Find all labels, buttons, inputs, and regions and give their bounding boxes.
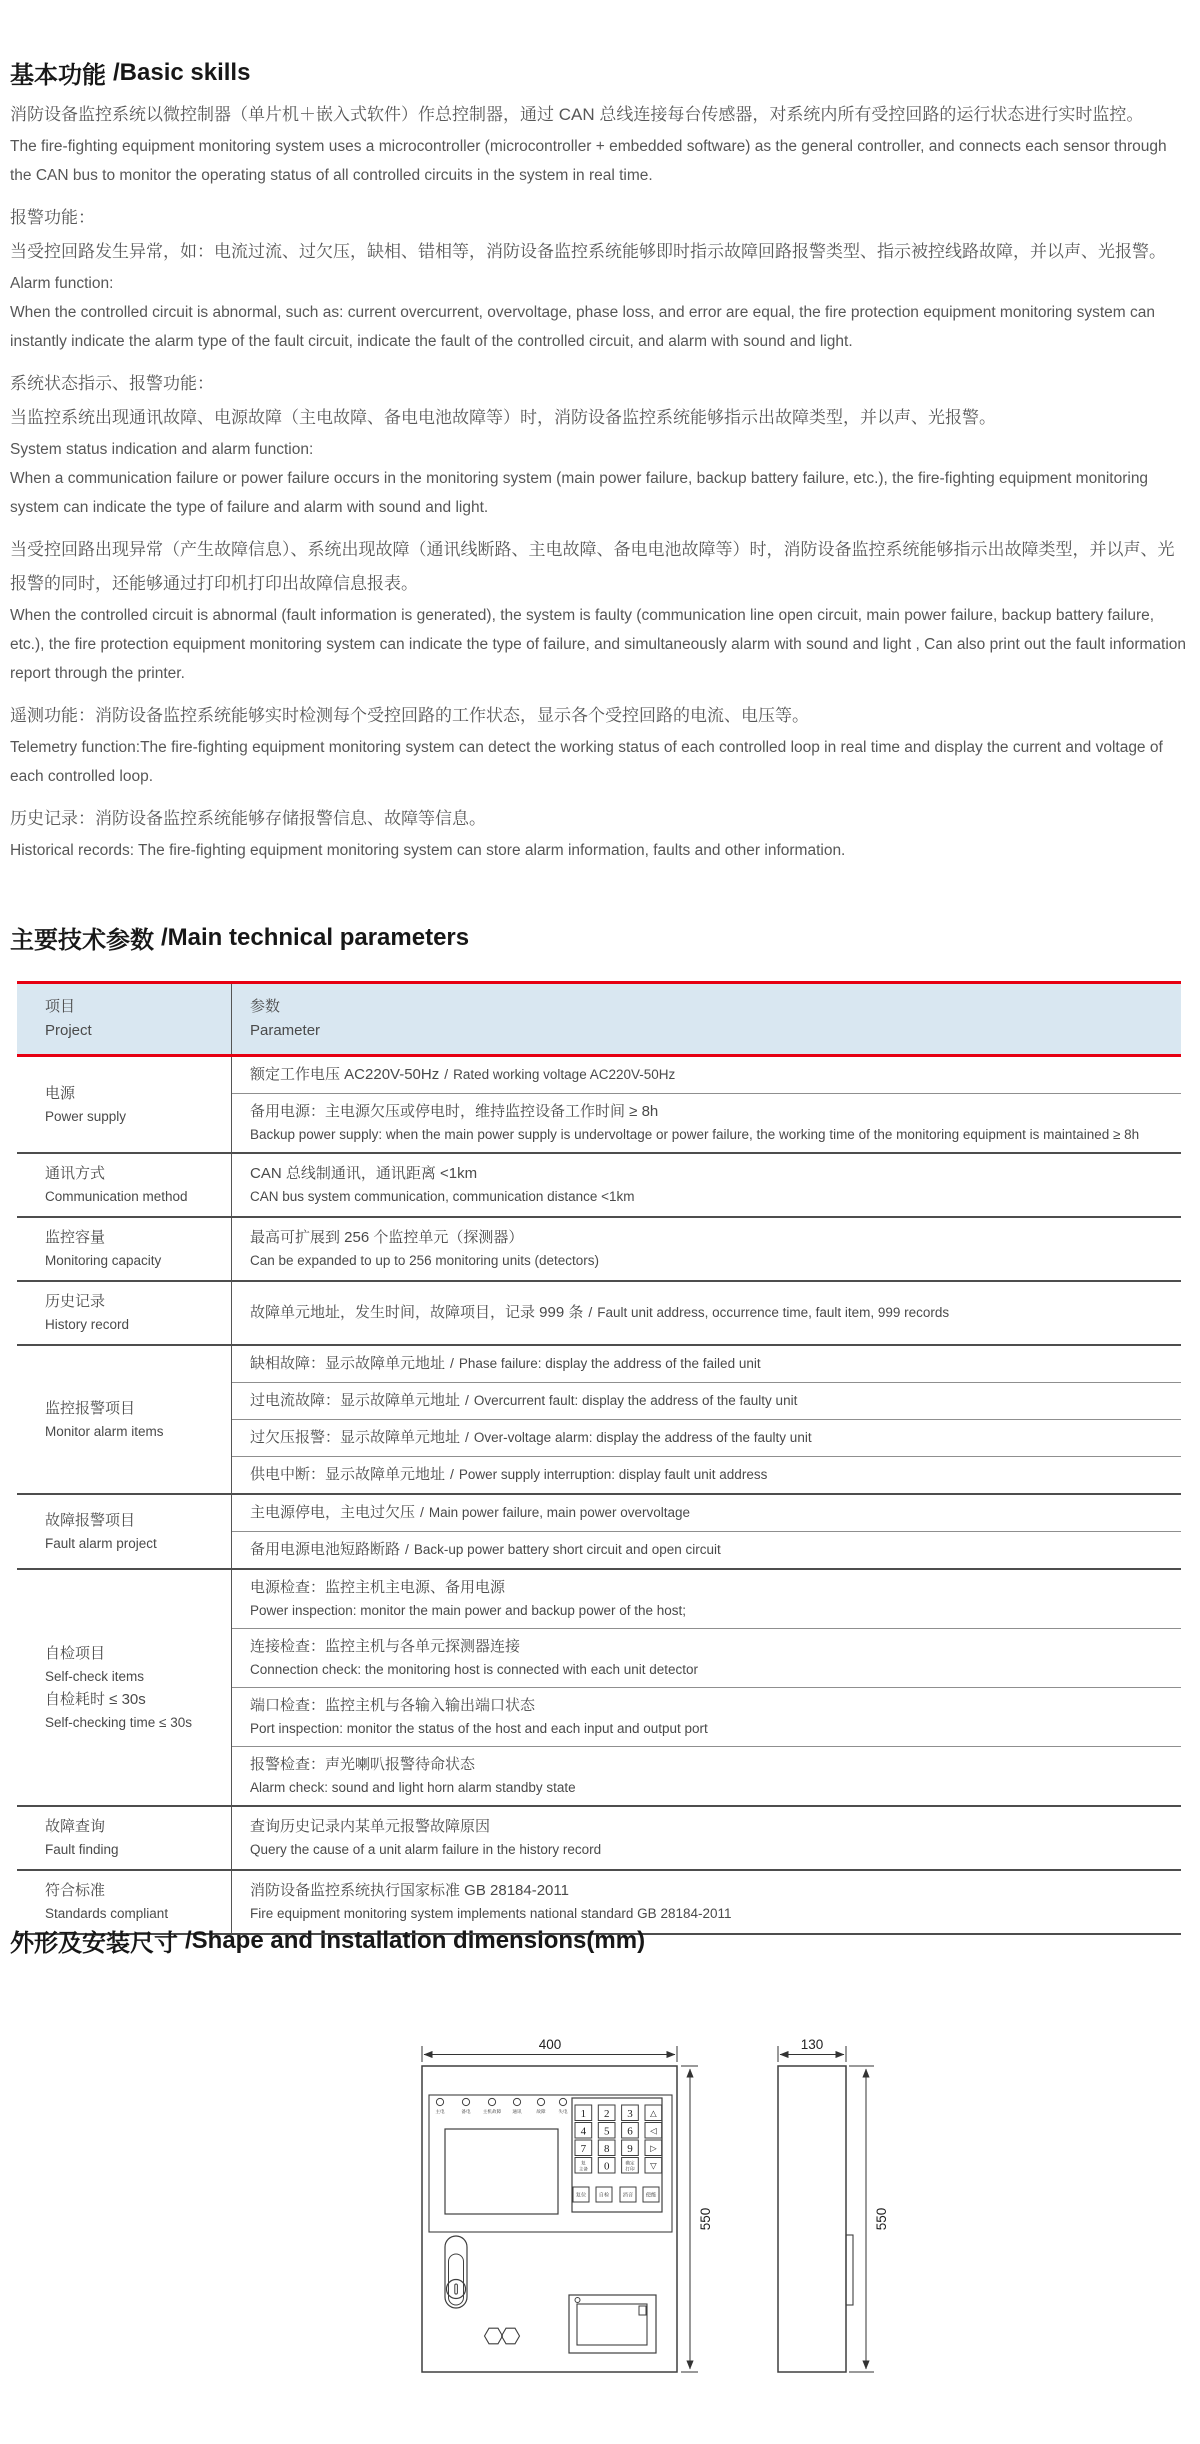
- dimension-label-front-height: 550: [698, 2208, 713, 2231]
- parameter-cell: 报警检查：声光喇叭报警待命状态 Alarm check: sound and l…: [232, 1746, 1181, 1805]
- dimension-label-side-width: 130: [801, 2037, 824, 2052]
- paragraph-en: Historical records: The fire-fighting eq…: [10, 836, 1190, 865]
- paragraph-cn: 历史记录：消防设备监控系统能够存储报警信息、故障等信息。: [10, 802, 1190, 836]
- dimension-label-front-width: 400: [539, 2037, 562, 2052]
- led-icon: [436, 2098, 443, 2105]
- section-dimensions: 外形及安装尺寸 /Shape and installation dimensio…: [10, 1923, 1190, 1966]
- led-label: 主机故障: [483, 2108, 502, 2115]
- mounting-rail: [846, 2235, 853, 2305]
- section-params-heading: 主要技术参数 /Main technical parameters: [10, 920, 1190, 955]
- printer-button: [639, 2306, 646, 2315]
- key-label: 使能: [646, 2191, 656, 2199]
- key-label: 自检: [599, 2191, 610, 2199]
- table-row: 监控容量 Monitoring capacity 最高可扩展到 256 个监控单…: [17, 1216, 1181, 1280]
- table-header-project: 项目 Project: [17, 984, 232, 1054]
- paragraph-block: 当受控回路出现异常（产生故障信息）、系统出现故障（通讯线断路、主电故障、备电电池…: [10, 533, 1190, 688]
- key-label: 7: [581, 2143, 587, 2155]
- section-title-cn: 主要技术参数: [10, 920, 154, 955]
- printer: [569, 2295, 656, 2353]
- table-header-row: 项目 Project 参数 Parameter: [17, 981, 1181, 1057]
- section-basic-skills: 基本功能 /Basic skills 消防设备监控系统以微控制器（单片机＋嵌入式…: [10, 55, 1190, 876]
- parameter-cell: 端口检查：监控主机与各输入输出端口状态 Port inspection: mon…: [232, 1687, 1181, 1746]
- paragraph-en: Telemetry function:The fire-fighting equ…: [10, 733, 1190, 791]
- dimension-label-side-height: 550: [874, 2208, 889, 2231]
- paragraph-cn: 遥测功能：消防设备监控系统能够实时检测每个受控回路的工作状态，显示各个受控回路的…: [10, 699, 1190, 733]
- row-label: 通讯方式 Communication method: [17, 1154, 232, 1216]
- led-label: 故障: [536, 2108, 546, 2115]
- table-row: 通讯方式 Communication method CAN 总线制通讯，通讯距离…: [17, 1152, 1181, 1216]
- key-label: 5: [604, 2125, 610, 2137]
- arrow-up-key-icon: △: [650, 2108, 657, 2118]
- paragraph-en: When the controlled circuit is abnormal …: [10, 601, 1190, 688]
- paragraph-en: When a communication failure or power fa…: [10, 464, 1190, 522]
- keyhole-icon: [455, 2284, 458, 2294]
- table-row: 电源 Power supply 额定工作电压 AC220V-50Hz/Rated…: [17, 1057, 1181, 1152]
- section-title-en: /Basic skills: [113, 59, 250, 87]
- paragraph-en: When the controlled circuit is abnormal,…: [10, 298, 1190, 356]
- paragraph-block: 报警功能： 当受控回路发生异常，如：电流过流、过欠压，缺相、错相等，消防设备监控…: [10, 201, 1190, 356]
- section-dims-heading: 外形及安装尺寸 /Shape and installation dimensio…: [10, 1923, 1190, 1958]
- row-label: 故障报警项目 Fault alarm project: [17, 1495, 232, 1568]
- datasheet-page: { "colors": { "accent_red": "#e60012", "…: [0, 0, 1200, 2444]
- parameter-cell: 额定工作电压 AC220V-50Hz/Rated working voltage…: [232, 1057, 1181, 1093]
- section-title-en: /Main technical parameters: [161, 924, 469, 952]
- row-label: 监控报警项目 Monitor alarm items: [17, 1346, 232, 1493]
- key-label: 2: [604, 2108, 610, 2120]
- parameter-cell: CAN 总线制通讯，通讯距离 <1km CAN bus system commu…: [232, 1156, 1181, 1214]
- parameter-cell: 最高可扩展到 256 个监控单元（探测器） Can be expanded to…: [232, 1220, 1181, 1278]
- key-label: 确定: [625, 2160, 635, 2167]
- led-label: 通讯: [512, 2108, 522, 2115]
- key-label: 4: [581, 2125, 587, 2137]
- key-label: 复位: [576, 2191, 587, 2199]
- arrow-down-key-icon: ▽: [650, 2161, 657, 2171]
- printer-slot: [577, 2304, 647, 2345]
- parameter-cell: 备用电源：主电源欠压或停电时，维持监控设备工作时间 ≥ 8h Backup po…: [232, 1093, 1181, 1152]
- paragraph-block: 消防设备监控系统以微控制器（单片机＋嵌入式软件）作总控制器，通过 CAN 总线连…: [10, 98, 1190, 190]
- led-icon: [559, 2098, 566, 2105]
- parameter-cell: 过欠压报警：显示故障单元地址/Over-voltage alarm: displ…: [232, 1419, 1181, 1456]
- table-row: 历史记录 History record 故障单元地址，发生时间，故障项目，记录 …: [17, 1280, 1181, 1344]
- row-label: 监控容量 Monitoring capacity: [17, 1218, 232, 1280]
- table-row: 监控报警项目 Monitor alarm items 缺相故障：显示故障单元地址…: [17, 1344, 1181, 1493]
- key-label: 打印: [625, 2166, 635, 2173]
- table-header-parameter: 参数 Parameter: [232, 984, 1181, 1054]
- paragraph-en-label: Alarm function:: [10, 269, 1190, 298]
- key-label: 主备: [579, 2166, 589, 2173]
- door-lock: [445, 2236, 467, 2308]
- paragraph-cn-label: 系统状态指示、报警功能：: [10, 367, 1190, 401]
- paragraph-block: 历史记录：消防设备监控系统能够存储报警信息、故障等信息。 Historical …: [10, 802, 1190, 865]
- paragraph-block: 遥测功能：消防设备监控系统能够实时检测每个受控回路的工作状态，显示各个受控回路的…: [10, 699, 1190, 791]
- parameter-cell: 电源检查：监控主机主电源、备用电源 Power inspection: moni…: [232, 1570, 1181, 1628]
- table-row: 自检项目 Self-check items 自检耗时 ≤ 30s Self-ch…: [17, 1568, 1181, 1805]
- hex-bolt-icon: [485, 2328, 503, 2344]
- key-label: 8: [604, 2143, 610, 2155]
- led-indicators: 主电 备电 主机故障 通讯 故障 失电: [435, 2098, 568, 2115]
- led-icon: [513, 2098, 520, 2105]
- lcd-screen: [445, 2129, 558, 2214]
- printer-led-icon: [575, 2298, 580, 2303]
- key-label: 消音: [623, 2191, 633, 2199]
- lock-cylinder: [447, 2280, 466, 2299]
- parameter-cell: 备用电源电池短路断路/Back-up power battery short c…: [232, 1531, 1181, 1568]
- keypad: 1 2 3 △ 4 5 6 ◁ 7 8 9 ▷: [572, 2098, 662, 2212]
- led-icon: [537, 2098, 544, 2105]
- side-view-outline: [778, 2066, 846, 2372]
- table-row: 故障报警项目 Fault alarm project 主电源停电，主电过欠压/M…: [17, 1493, 1181, 1568]
- parameter-cell: 供电中断：显示故障单元地址/Power supply interruption:…: [232, 1456, 1181, 1493]
- paragraph-cn: 消防设备监控系统以微控制器（单片机＋嵌入式软件）作总控制器，通过 CAN 总线连…: [10, 98, 1190, 132]
- led-icon: [462, 2098, 469, 2105]
- paragraph-cn-label: 报警功能：: [10, 201, 1190, 235]
- arrow-left-key-icon: ◁: [650, 2126, 657, 2136]
- key-label: 3: [627, 2108, 633, 2120]
- key-label: 复: [581, 2160, 586, 2167]
- parameter-cell: 过电流故障：显示故障单元地址/Overcurrent fault: displa…: [232, 1382, 1181, 1419]
- front-view: 主电 备电 主机故障 通讯 故障 失电 1 2 3 △ 4: [422, 2066, 677, 2372]
- row-label: 故障查询 Fault finding: [17, 1807, 232, 1869]
- section-technical-parameters: 主要技术参数 /Main technical parameters 项目 Pro…: [10, 920, 1190, 1935]
- key-label: 1: [581, 2108, 587, 2120]
- paragraph-en: The fire-fighting equipment monitoring s…: [10, 132, 1190, 190]
- paragraph-en-label: System status indication and alarm funct…: [10, 435, 1190, 464]
- parameter-cell: 查询历史记录内某单元报警故障原因 Query the cause of a un…: [232, 1809, 1181, 1867]
- installation-drawing: 主电 备电 主机故障 通讯 故障 失电 1 2 3 △ 4: [405, 2035, 900, 2385]
- row-label: 自检项目 Self-check items 自检耗时 ≤ 30s Self-ch…: [17, 1570, 232, 1805]
- table-row: 故障查询 Fault finding 查询历史记录内某单元报警故障原因 Quer…: [17, 1805, 1181, 1869]
- row-label: 历史记录 History record: [17, 1282, 232, 1344]
- paragraph-cn: 当受控回路出现异常（产生故障信息）、系统出现故障（通讯线断路、主电故障、备电电池…: [10, 533, 1190, 601]
- led-icon: [488, 2098, 495, 2105]
- section-title-cn: 外形及安装尺寸: [10, 1923, 178, 1958]
- parameter-cell: 连接检查：监控主机与各单元探测器连接 Connection check: the…: [232, 1628, 1181, 1687]
- paragraph-block: 系统状态指示、报警功能： 当监控系统出现通讯故障、电源故障（主电故障、备电电池故…: [10, 367, 1190, 522]
- side-view: [778, 2066, 853, 2372]
- parameter-cell: 缺相故障：显示故障单元地址/Phase failure: display the…: [232, 1346, 1181, 1382]
- led-label: 失电: [558, 2108, 568, 2115]
- key-label: 6: [627, 2125, 633, 2137]
- key-label: 9: [627, 2143, 633, 2155]
- section-basic-heading: 基本功能 /Basic skills: [10, 55, 1190, 90]
- hex-bolt-icon: [502, 2328, 520, 2344]
- section-title-cn: 基本功能: [10, 55, 106, 90]
- parameters-table: 项目 Project 参数 Parameter 电源 Power supply …: [17, 981, 1181, 1935]
- parameter-cell: 主电源停电，主电过欠压/Main power failure, main pow…: [232, 1495, 1181, 1531]
- paragraph-cn: 当受控回路发生异常，如：电流过流、过欠压，缺相、错相等，消防设备监控系统能够即时…: [10, 235, 1190, 269]
- parameter-cell: 故障单元地址，发生时间，故障项目，记录 999 条/Fault unit add…: [232, 1295, 1181, 1331]
- paragraph-cn: 当监控系统出现通讯故障、电源故障（主电故障、备电电池故障等）时，消防设备监控系统…: [10, 401, 1190, 435]
- key-label: 0: [604, 2160, 610, 2172]
- led-label: 备电: [461, 2108, 471, 2115]
- arrow-right-key-icon: ▷: [650, 2143, 657, 2153]
- section-title-en: /Shape and installation dimensions(mm): [185, 1927, 645, 1955]
- led-label: 主电: [435, 2108, 445, 2114]
- row-label: 电源 Power supply: [17, 1057, 232, 1152]
